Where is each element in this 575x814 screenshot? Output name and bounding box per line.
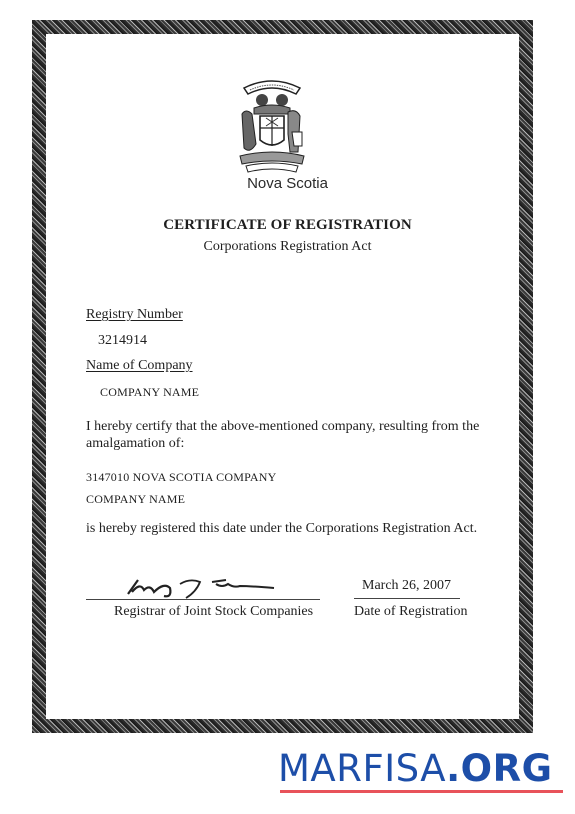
date-line xyxy=(354,598,460,599)
registration-date: March 26, 2007 xyxy=(362,578,451,594)
certify-line-1: I hereby certify that the above-mentione… xyxy=(86,419,479,435)
coat-of-arms-icon xyxy=(236,74,308,174)
company-name: COMPANY NAME xyxy=(100,385,199,400)
date-label: Date of Registration xyxy=(354,604,468,620)
company-name-label: Name of Company xyxy=(86,358,193,374)
registry-number: 3214914 xyxy=(98,333,147,349)
watermark-underline xyxy=(280,790,563,793)
registered-statement: is hereby registered this date under the… xyxy=(86,521,477,537)
amalgamated-company-2: COMPANY NAME xyxy=(86,492,185,507)
watermark-brand: MARFISA.ORG xyxy=(278,750,553,787)
signature-line xyxy=(86,599,320,600)
amalgamated-company-1: 3147010 NOVA SCOTIA COMPANY xyxy=(86,470,276,485)
signature-icon xyxy=(124,574,284,600)
certify-line-2: amalgamation of: xyxy=(86,436,184,452)
certificate-subtitle: Corporations Registration Act xyxy=(0,239,575,255)
certificate-title: CERTIFICATE OF REGISTRATION xyxy=(0,217,575,234)
registrar-label: Registrar of Joint Stock Companies xyxy=(114,604,313,620)
province-label: Nova Scotia xyxy=(0,175,575,192)
registry-number-label: Registry Number xyxy=(86,307,183,323)
